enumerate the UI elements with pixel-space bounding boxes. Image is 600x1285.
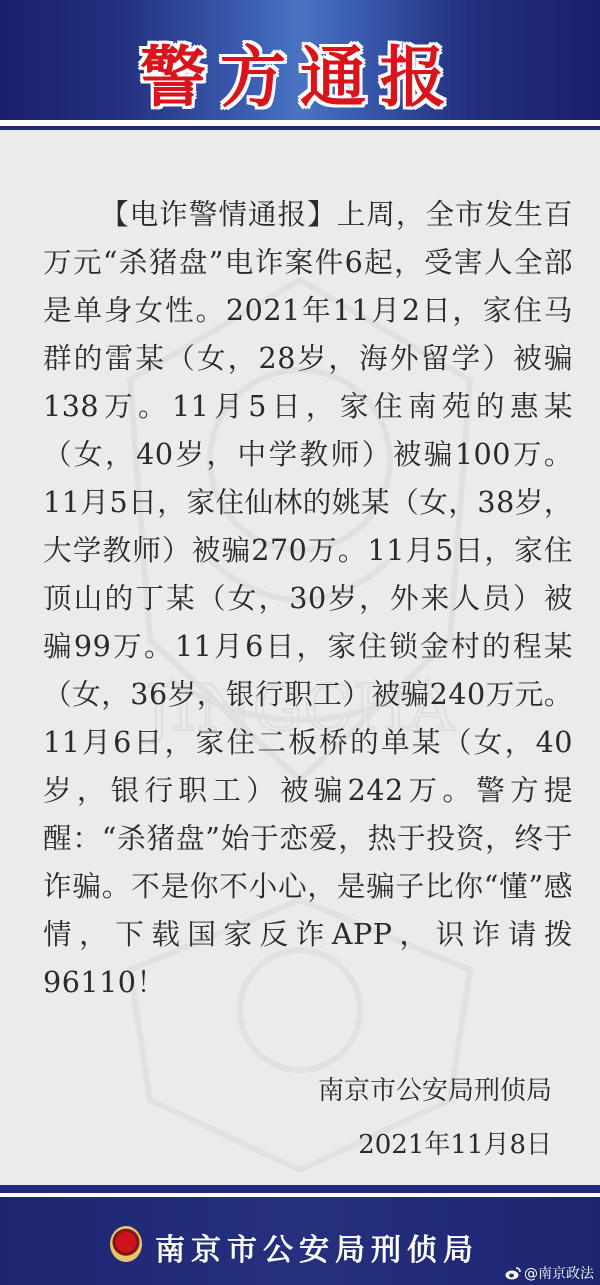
header-banner: 警方通报 [0, 0, 600, 120]
weibo-icon [505, 1266, 521, 1280]
notice-signature-block: 南京市公安局刑侦局 2021年11月8日 [318, 1064, 552, 1172]
weibo-watermark: @南京政法 [505, 1263, 594, 1283]
footer-org-name: 南京市公安局刑侦局 [155, 1225, 479, 1269]
signature-date: 2021年11月8日 [318, 1118, 552, 1172]
footer-divider [0, 1185, 600, 1197]
page-title: 警方通报 [0, 24, 600, 119]
weibo-handle: @南京政法 [524, 1263, 594, 1283]
header-divider [0, 120, 600, 130]
police-emblem-icon [110, 1226, 142, 1262]
notice-body-text: 【电诈警情通报】上周，全市发生百万元“杀猪盘”电诈案件6起，受害人全部是单身女性… [43, 190, 573, 1006]
signature-org: 南京市公安局刑侦局 [318, 1064, 552, 1118]
